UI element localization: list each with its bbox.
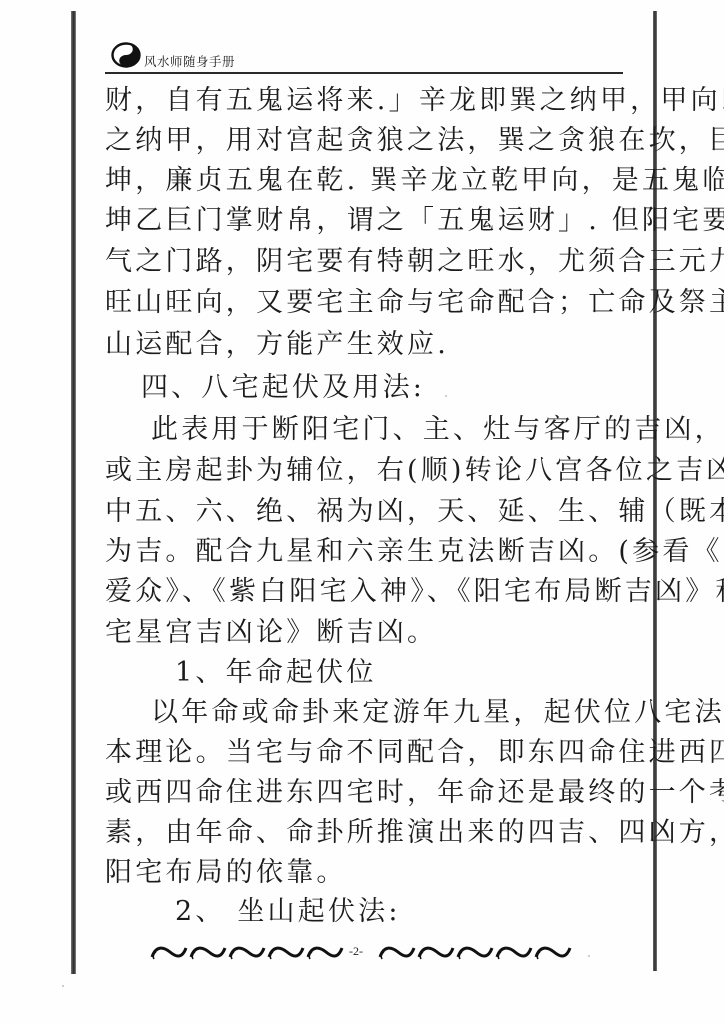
section-heading: 四、八宅起伏及用法: [141,371,425,405]
text-line: 坤，廉贞五鬼在乾. 巽辛龙立乾甲向，是五鬼临门， [105,164,724,198]
text-line: 坤乙巨门掌财帛，谓之「五鬼运财」. 但阳宅要有进 [105,204,724,238]
header-title: 风水师随身手册 [144,52,235,70]
page-footer: -2- [150,940,580,966]
text-line: 气之门路，阴宅要有特朝之旺水，尤须合三元九运之 [105,245,724,279]
text-line: 爱众》、《紫白阳宅入神》、《阳宅布局断吉凶》和《门 [105,575,724,609]
wave-ornament-icon [189,943,227,961]
header-rule [105,72,623,74]
text-line: 或西四命住进东四宅时，年命还是最终的一个考虑因 [105,776,724,810]
page-number: -2- [349,944,363,959]
wave-ornament-icon [495,943,533,961]
text-line: 旺山旺向，又要宅主命与宅命配合；亡命及祭主命与 [105,286,724,320]
text-line: 此表用于断阳宅门、主、灶与客厅的吉凶，以门 [151,413,724,447]
text-line: 或主房起卦为辅位，右(顺)转论八宫各位之吉凶。其 [105,454,724,488]
page-border-left [71,11,76,974]
wave-ornament-icon [150,943,188,961]
text-line: 为吉。配合九星和六亲生克法断吉凶。(参看《阳宅 [105,535,724,569]
document-page: 风水师随身手册 财，自有五鬼运将来.」辛龙即巽之纳甲，甲向即乾 之纳甲，用对宫起… [0,0,724,1024]
running-header: 风水师随身手册 [108,38,624,74]
text-line: 中五、六、绝、祸为凶，天、延、生、辅（既本卦位） [105,495,724,529]
text-line: 之纳甲，用对宫起贪狼之法，巽之贪狼在坎，巨门在 [105,124,724,158]
wave-ornament-icon [534,943,572,961]
wave-ornament-icon [267,943,305,961]
text-line: 本理论。当宅与命不同配合，即东四命住进西四宅， [105,736,724,770]
text-line: 以年命或命卦来定游年九星，起伏位八宅法的基 [151,696,724,730]
wave-ornament-icon [456,943,494,961]
subsection-heading: 1、年命起伏位 [175,656,377,690]
wave-ornament-icon [306,943,344,961]
wave-ornament-icon [417,943,455,961]
wave-ornament-icon [378,943,416,961]
scan-speck [588,955,590,957]
text-line: 阳宅布局的依靠。 [105,856,347,890]
text-line: 素，由年命、命卦所推演出来的四吉、四凶方，才是 [105,816,724,850]
subsection-heading: 2、 坐山起伏法: [175,895,401,929]
scan-speck [445,395,447,397]
yin-yang-icon [111,42,141,68]
text-line: 宅星宫吉凶论》断吉凶。 [105,616,437,650]
text-line: 山运配合，方能产生效应. [105,328,449,362]
scan-speck [62,985,64,987]
text-line: 财，自有五鬼运将来.」辛龙即巽之纳甲，甲向即乾 [105,84,724,118]
wave-ornament-icon [228,943,266,961]
